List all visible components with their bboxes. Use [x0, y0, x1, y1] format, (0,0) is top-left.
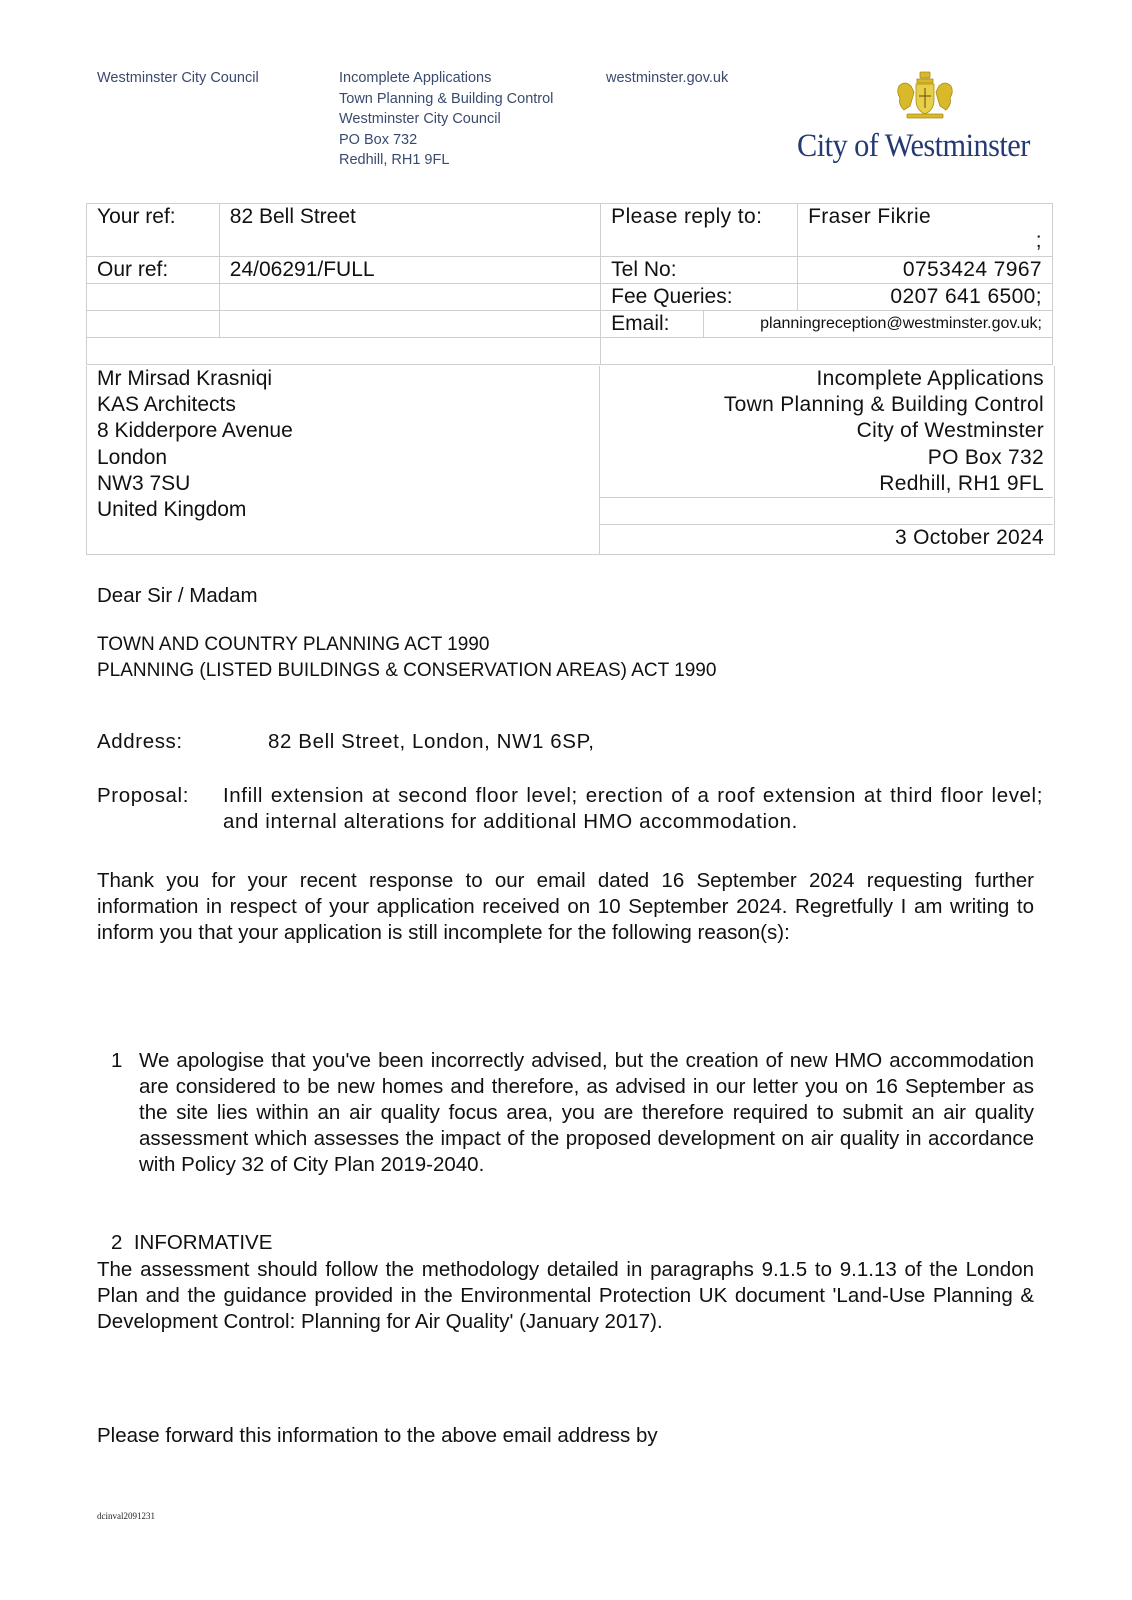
fee-value: 0207 641 6500; [798, 284, 1053, 311]
fee-label: Fee Queries: [601, 284, 798, 311]
proposal-label: Proposal: [97, 783, 189, 809]
email-value[interactable]: planningreception@westminster.gov.uk; [704, 311, 1053, 338]
city-of-westminster-logo: City of Westminster [797, 128, 1030, 165]
address-value: 82 Bell Street, London, NW1 6SP, [268, 729, 595, 755]
empty-cell [87, 284, 220, 311]
email-label: Email: [601, 311, 704, 338]
reason-heading: INFORMATIVE [134, 1231, 273, 1254]
tel-label: Tel No: [601, 257, 798, 284]
reference-table: Your ref: 82 Bell Street Please reply to… [86, 203, 1053, 365]
informative-text: The assessment should follow the methodo… [97, 1257, 1034, 1335]
return-address-line: Incomplete Applications [339, 68, 553, 89]
recipient-line: London [97, 445, 293, 471]
reply-to-suffix: ; [808, 230, 1042, 252]
acts-heading: TOWN AND COUNTRY PLANNING ACT 1990 PLANN… [97, 632, 716, 683]
informative-heading: 2 INFORMATIVE [111, 1230, 272, 1256]
reply-to-name: Fraser Fikrie [808, 205, 931, 228]
recipient-address: Mr Mirsad Krasniqi KAS Architects 8 Kidd… [97, 366, 293, 523]
council-name: Westminster City Council [97, 68, 259, 89]
reply-to-label: Please reply to: [601, 204, 798, 257]
reason-number: 1 [111, 1048, 122, 1074]
our-ref-label: Our ref: [87, 257, 220, 284]
sender-line: City of Westminster [724, 418, 1044, 444]
letter-date: 3 October 2024 [724, 525, 1044, 551]
empty-cell [601, 338, 1053, 365]
coat-of-arms-icon [895, 70, 955, 120]
recipient-line: NW3 7SU [97, 471, 293, 497]
your-ref-label: Your ref: [87, 204, 220, 257]
sender-line: PO Box 732 [724, 445, 1044, 471]
reason-text: We apologise that you've been incorrectl… [139, 1048, 1034, 1178]
document-code: dcinval2091231 [97, 1511, 155, 1521]
closing-text: Please forward this information to the a… [97, 1423, 658, 1449]
recipient-line: United Kingdom [97, 497, 293, 523]
intro-paragraph: Thank you for your recent response to ou… [97, 868, 1034, 946]
return-address-line: Town Planning & Building Control [339, 89, 553, 110]
our-ref-value: 24/06291/FULL [219, 257, 600, 284]
empty-cell [87, 311, 220, 338]
proposal-value: Infill extension at second floor level; … [223, 783, 1043, 835]
return-address-line: Westminster City Council [339, 109, 553, 130]
return-address-line: PO Box 732 [339, 130, 553, 151]
your-ref-value: 82 Bell Street [219, 204, 600, 257]
recipient-line: 8 Kidderpore Avenue [97, 418, 293, 444]
sender-line: Town Planning & Building Control [724, 392, 1044, 418]
address-label: Address: [97, 729, 183, 755]
salutation: Dear Sir / Madam [97, 583, 258, 609]
empty-cell [219, 311, 600, 338]
sender-line: Redhill, RH1 9FL [724, 471, 1044, 497]
act-line: PLANNING (LISTED BUILDINGS & CONSERVATIO… [97, 658, 716, 684]
reason-number: 2 [111, 1231, 122, 1254]
empty-cell [87, 338, 601, 365]
reply-to-value: Fraser Fikrie ; [798, 204, 1053, 257]
tel-value: 0753424 7967 [798, 257, 1053, 284]
recipient-line: KAS Architects [97, 392, 293, 418]
recipient-line: Mr Mirsad Krasniqi [97, 366, 293, 392]
sender-address: Incomplete Applications Town Planning & … [724, 366, 1044, 551]
website-link[interactable]: westminster.gov.uk [606, 68, 728, 89]
act-line: TOWN AND COUNTRY PLANNING ACT 1990 [97, 632, 716, 658]
sender-line: Incomplete Applications [724, 366, 1044, 392]
return-address: Incomplete Applications Town Planning & … [339, 68, 553, 171]
return-address-line: Redhill, RH1 9FL [339, 150, 553, 171]
address-divider [599, 366, 600, 554]
empty-cell [219, 284, 600, 311]
